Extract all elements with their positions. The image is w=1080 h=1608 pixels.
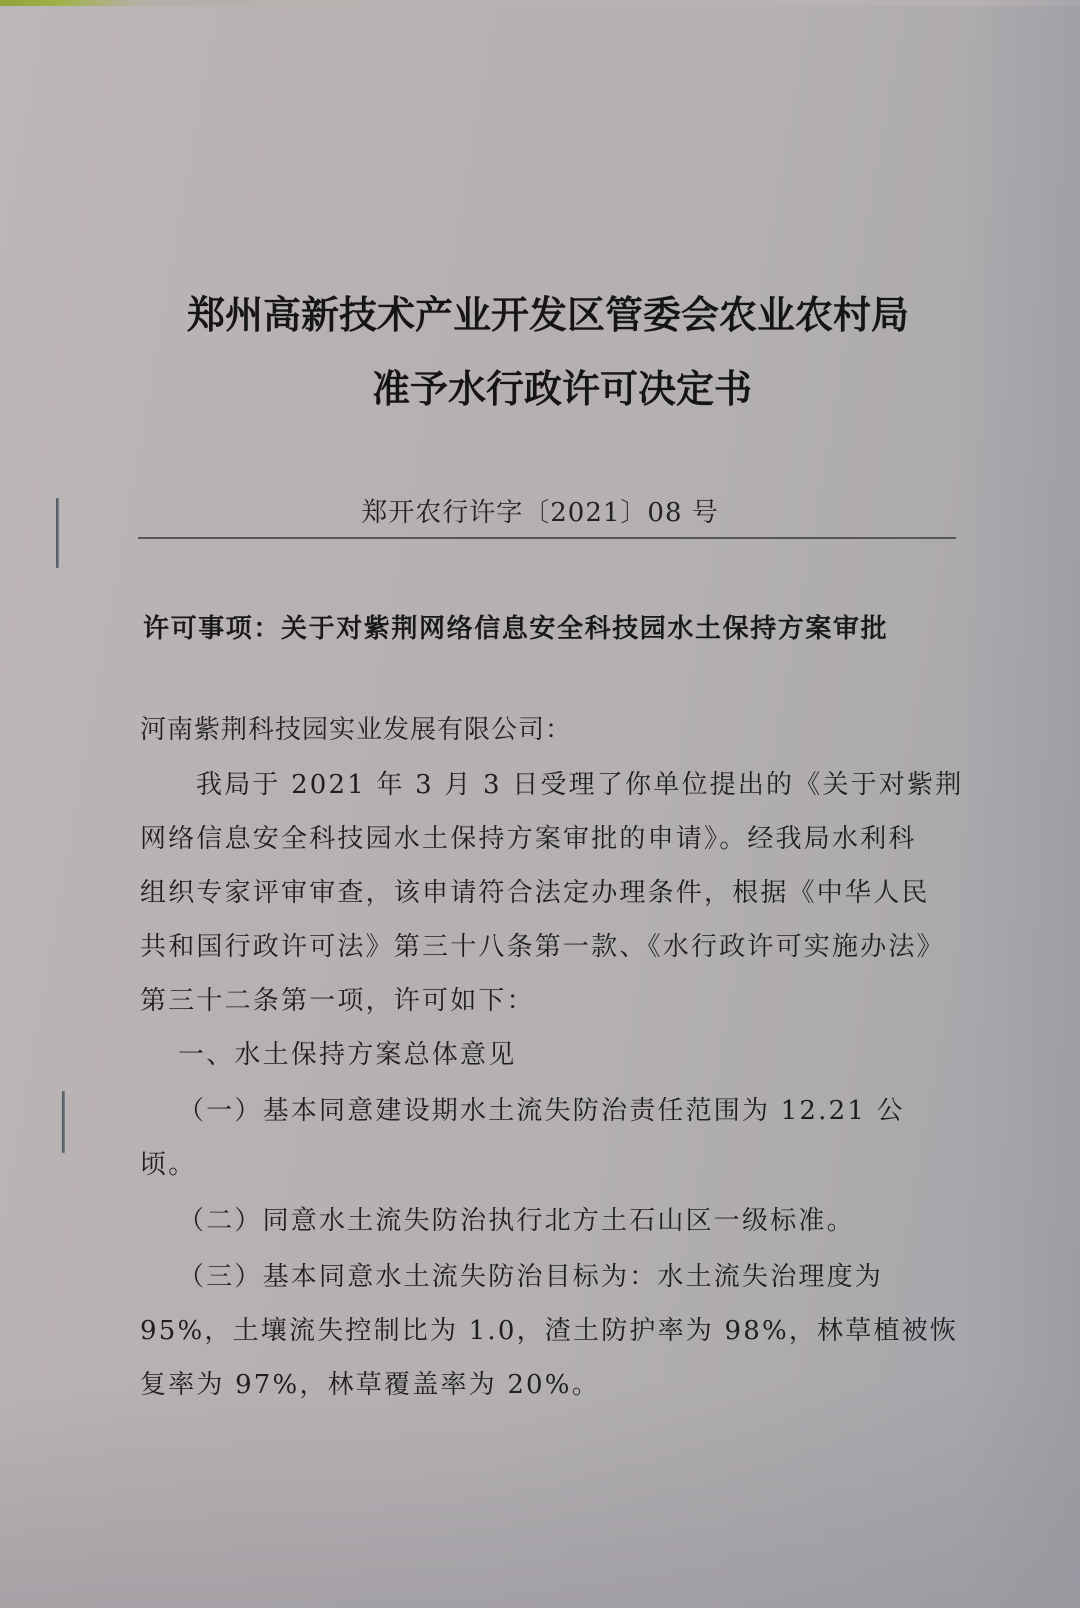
body-line: （二）同意水土流失防治执行北方土石山区一级标准。 [178, 1200, 855, 1237]
body-line: 我局于 2021 年 3 月 3 日受理了你单位提出的《关于对紫荆 [196, 764, 963, 801]
body-line: 网络信息安全科技园水土保持方案审批的申请》。经我局水利科 [140, 818, 917, 855]
document-title-line2: 准予水行政许可决定书 [22, 358, 1080, 413]
body-line: 共和国行政许可法》第三十八条第一款、《水行政许可实施办法》 [140, 926, 945, 963]
addressee: 河南紫荆科技园实业发展有限公司： [140, 709, 572, 746]
body-line: （三）基本同意水土流失防治目标为：水土流失治理度为 [178, 1256, 883, 1293]
body-line: 95%，土壤流失控制比为 1.0，渣土防护率为 98%，林草植被恢 [140, 1310, 958, 1347]
body-line: 顷。 [140, 1144, 196, 1181]
body-line: （一）基本同意建设期水土流失防治责任范围为 12.21 公 [178, 1090, 905, 1127]
document-page: 郑州高新技术产业开发区管委会农业农村局 准予水行政许可决定书 郑开农行许字〔20… [0, 0, 1080, 1608]
body-line: 第三十二条第一项，许可如下： [140, 980, 535, 1017]
section-heading: 一、水土保持方案总体意见 [178, 1034, 516, 1071]
body-line: 复率为 97%，林草覆盖率为 20%。 [140, 1364, 600, 1401]
permit-subject: 许可事项：关于对紫荆网络信息安全科技园水土保持方案审批 [143, 608, 888, 645]
body-line: 组织专家评审审查，该申请符合法定办理条件，根据《中华人民 [140, 872, 930, 909]
document-number: 郑开农行许字〔2021〕08 号 [0, 492, 1080, 529]
binding-mark [62, 1091, 65, 1153]
document-title-line1: 郑州高新技术产业开发区管委会农业农村局 [8, 284, 1080, 339]
header-divider [138, 537, 956, 539]
